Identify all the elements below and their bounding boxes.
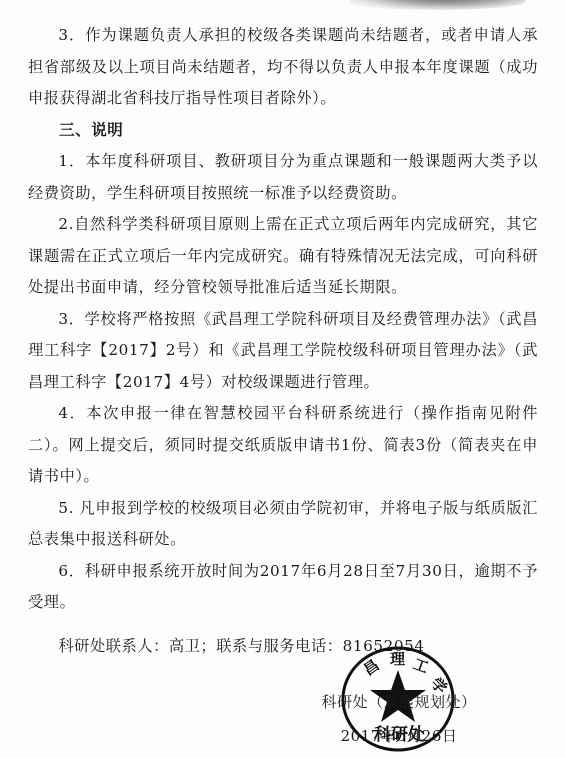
signature-department: 科研处（发展规划处）	[304, 692, 494, 712]
scan-smudge	[350, 0, 525, 10]
section3-item3: 3．学校将严格按照《武昌理工学院科研项目及经费管理办法》（武昌理工科字【2017…	[28, 304, 538, 399]
section3-item5: 5. 凡申报到学校的校级项目必须由学院初审，并将电子版与纸质版汇总表集中报送科研…	[28, 493, 538, 556]
section3-item4: 4．本次申报一律在智慧校园平台科研系统进行（操作指南见附件二）。网上提交后，须同…	[28, 398, 538, 493]
section3-item6: 6．科研申报系统开放时间为2017年6月28日至7月30日，逾期不予受理。	[28, 556, 538, 619]
section3-item2: 2.自然科学类科研项目原则上需在正式立项后两年内完成研究，其它课题需在正式立项后…	[28, 209, 538, 304]
svg-text:理: 理	[390, 650, 406, 668]
contact-line: 科研处联系人：高卫；联系与服务电话：81652054	[28, 631, 538, 663]
svg-text:工: 工	[411, 655, 431, 677]
section3-heading: 三、说明	[28, 115, 538, 147]
section2-item3: 3．作为课题负责人承担的校级各类课题尚未结题者，或者申请人承担省部级及以上项目尚…	[28, 20, 538, 115]
section3-item1: 1．本年度科研项目、教研项目分为重点课题和一般课题两大类予以经费资助，学生科研项…	[28, 146, 538, 209]
signature-block: 科研处（发展规划处） 2017年6月26日	[304, 692, 494, 746]
document-body: 3．作为课题负责人承担的校级各类课题尚未结题者，或者申请人承担省部级及以上项目尚…	[28, 20, 538, 662]
signature-date: 2017年6月26日	[304, 726, 494, 746]
